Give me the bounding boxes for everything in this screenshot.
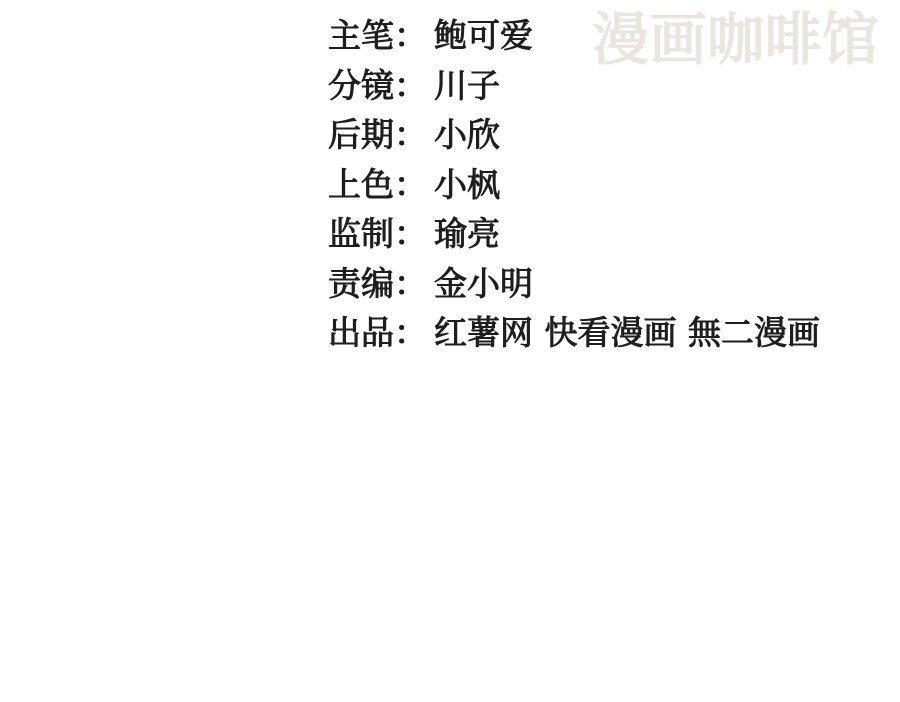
credit-role-label: 分镜 <box>328 61 394 111</box>
credit-name: 金小明 <box>434 259 533 309</box>
credit-role-label: 责编 <box>328 259 394 309</box>
credit-colon: ： <box>394 209 427 259</box>
credit-row: 主笔：鲍可爱 <box>328 11 820 61</box>
credit-name: 小欣 <box>434 110 500 160</box>
credit-name: 川子 <box>434 61 500 111</box>
credit-row: 上色：小枫 <box>328 160 820 210</box>
credit-row: 后期：小欣 <box>328 110 820 160</box>
credit-row: 监制：瑜亮 <box>328 209 820 259</box>
credit-role-label: 主笔 <box>328 11 394 61</box>
credit-name: 鲍可爱 <box>434 11 533 61</box>
credit-role-label: 出品 <box>328 308 394 358</box>
credit-name: 小枫 <box>434 160 500 210</box>
credit-colon: ： <box>394 160 427 210</box>
credit-colon: ： <box>394 259 427 309</box>
credit-row: 出品：红薯网 快看漫画 無二漫画 <box>328 308 820 358</box>
credit-row: 分镜：川子 <box>328 61 820 111</box>
credit-row: 责编：金小明 <box>328 259 820 309</box>
credit-colon: ： <box>394 11 427 61</box>
credit-role-label: 后期 <box>328 110 394 160</box>
credit-colon: ： <box>394 61 427 111</box>
credit-colon: ： <box>394 110 427 160</box>
comic-credits-page: 漫画咖啡馆 主笔：鲍可爱 分镜：川子 后期：小欣 上色：小枫 监制：瑜亮 责编：… <box>0 0 900 702</box>
credit-colon: ： <box>394 308 427 358</box>
credit-role-label: 监制 <box>328 209 394 259</box>
credit-role-label: 上色 <box>328 160 394 210</box>
credit-name: 瑜亮 <box>434 209 500 259</box>
credit-name: 红薯网 快看漫画 無二漫画 <box>434 308 820 358</box>
credits-list: 主笔：鲍可爱 分镜：川子 后期：小欣 上色：小枫 监制：瑜亮 责编：金小明 出品… <box>328 11 820 358</box>
